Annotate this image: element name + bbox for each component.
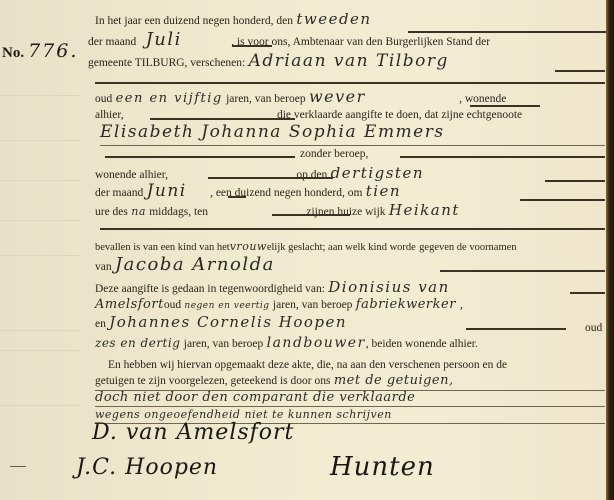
printed-text: jaren, van beroep — [226, 93, 306, 105]
printed-text: middags, ten — [149, 206, 208, 218]
printed-text: op den — [296, 169, 327, 181]
line-3: gemeente TILBURG, verschenen: Adriaan va… — [88, 55, 449, 69]
signature-witness2: J.C. Hoopen — [76, 455, 218, 480]
printed-text: zonder beroep, — [300, 148, 368, 160]
fill-rule — [440, 270, 605, 272]
fill-rule — [100, 145, 605, 146]
printed-text: der maand — [95, 187, 143, 199]
printed-text: oud — [95, 93, 112, 105]
fill-rule — [100, 228, 605, 230]
handwritten-mother-name: Elisabeth Johanna Sophia Emmers — [100, 122, 445, 142]
fill-rule — [228, 196, 246, 198]
handwritten-birth-month: Juni — [147, 181, 187, 201]
line-15: en Johannes Cornelis Hoopen oud — [95, 316, 347, 330]
fill-rule — [272, 214, 350, 216]
printed-text: wonende alhier, — [95, 169, 168, 181]
line-16: zes en dertig jaren, van beroep landbouw… — [95, 337, 478, 350]
number-value: 776. — [28, 40, 78, 62]
line-1: In het jaar een duizend negen honderd, d… — [95, 13, 372, 27]
line-7: zonder beroep, — [300, 148, 368, 160]
fill-rule — [232, 45, 272, 47]
handwritten-month: Juli — [146, 29, 182, 50]
handwritten-sex: vrouw — [230, 240, 267, 253]
signature-registrar: Hunten — [330, 452, 435, 482]
printed-text: getuigen te zijn voorgelezen, geteekend … — [95, 375, 330, 387]
line-8: wonende alhier, op den dertigsten — [95, 167, 424, 181]
printed-text: , — [460, 299, 463, 311]
handwritten-witness2-age: zes en dertig — [95, 336, 180, 350]
line-11: bevallen is van een kind van hetvrouweli… — [95, 241, 517, 254]
fill-rule — [520, 199, 605, 201]
line-17: En hebben wij hiervan opgemaakt deze akt… — [108, 359, 507, 371]
handwritten-hour: tien — [366, 182, 401, 200]
handwritten-occupation: wever — [309, 87, 366, 106]
fill-rule — [95, 82, 605, 84]
handwritten-ward: Heikant — [389, 201, 460, 219]
printed-text: gemeente TILBURG, verschenen: — [88, 57, 245, 69]
line-12: van Jacoba Arnolda — [95, 259, 275, 273]
margin-mark — [10, 466, 26, 467]
printed-text: die verklaarde aangifte te doen, dat zij… — [277, 109, 522, 121]
printed-text: En hebben wij hiervan opgemaakt deze akt… — [108, 359, 507, 371]
line-19: doch niet door den comparant die verklaa… — [95, 392, 415, 404]
handwritten-child-name: Jacoba Arnolda — [115, 254, 275, 275]
printed-text: , beiden wonende alhier. — [366, 338, 478, 350]
printed-text: jaren, van beroep — [184, 338, 264, 350]
printed-text: van — [95, 261, 112, 273]
line-10: ure des na middags, ten zijnen huize wij… — [95, 204, 460, 218]
line-13: Deze aangifte is gedaan in tegenwoordigh… — [95, 281, 450, 295]
handwritten-witness1-surname: Amelsfort — [95, 297, 164, 312]
handwritten-witness2-occupation: landbouwer — [267, 335, 366, 351]
fill-rule — [570, 292, 605, 294]
printed-text: alhier, — [95, 109, 124, 121]
fill-rule — [408, 31, 606, 33]
handwritten-declarant: Adriaan van Tilborg — [249, 51, 449, 71]
handwritten-witness1-age: negen en veertig — [184, 301, 269, 311]
handwritten-witness2-name: Johannes Cornelis Hoopen — [109, 313, 347, 331]
handwritten-witness1-occupation: fabriekwerker — [356, 297, 456, 312]
handwritten-age: een en vijftig — [116, 91, 223, 106]
line-18: getuigen te zijn voorgelezen, geteekend … — [95, 375, 454, 387]
handwritten-birth-day: dertigsten — [331, 164, 424, 182]
line-4: oud een en vijftig jaren, van beroep wev… — [95, 91, 506, 105]
printed-text: jaren, van beroep — [273, 299, 353, 311]
printed-text: oud — [585, 322, 602, 334]
number-prefix: No. — [2, 45, 24, 61]
handwritten-am-pm: na — [131, 205, 146, 218]
line-9: der maand Juni , een duizend negen honde… — [95, 185, 401, 199]
printed-text: oud — [164, 299, 181, 311]
book-binding-edge — [606, 0, 614, 500]
printed-text: bevallen is van een kind van het — [95, 242, 230, 253]
signature-witness1: D. van Amelsfort — [92, 420, 294, 445]
fill-rule — [545, 180, 605, 182]
handwritten-day: tweeden — [296, 10, 371, 28]
handwritten-closing-1: met de getuigen, — [334, 373, 454, 388]
printed-text: en — [95, 318, 106, 330]
printed-text: elijk geslacht; aan welk kind worde — [267, 242, 416, 253]
register-page: No.776. In het jaar een duizend negen ho… — [0, 0, 606, 500]
line-6: Elisabeth Johanna Sophia Emmers — [100, 126, 445, 140]
printed-text: Deze aangifte is gedaan in tegenwoordigh… — [95, 283, 325, 295]
printed-text: , wonende — [459, 93, 506, 105]
fill-rule — [208, 177, 333, 179]
printed-text: der maand — [88, 36, 136, 48]
printed-text: In het jaar een duizend negen honderd, d… — [95, 15, 293, 27]
fill-rule — [105, 156, 295, 158]
fill-rule — [466, 328, 566, 330]
fill-rule — [400, 156, 605, 158]
line-14: Amelsfortoud negen en veertig jaren, van… — [95, 299, 463, 312]
printed-text: zijnen huize wijk — [306, 206, 385, 218]
fill-rule — [95, 406, 605, 407]
handwritten-closing-2: doch niet door den comparant die verklaa… — [95, 390, 415, 405]
fill-rule — [470, 105, 540, 107]
printed-text: gegeven de voornamen — [419, 242, 516, 253]
register-number: No.776. — [2, 40, 78, 62]
fill-rule — [555, 70, 605, 72]
fill-rule — [150, 118, 295, 120]
handwritten-witness1-name: Dionisius van — [328, 278, 450, 296]
printed-text: ure des — [95, 206, 128, 218]
line-2: der maand Juli , is voor ons, Ambtenaar … — [88, 34, 490, 48]
